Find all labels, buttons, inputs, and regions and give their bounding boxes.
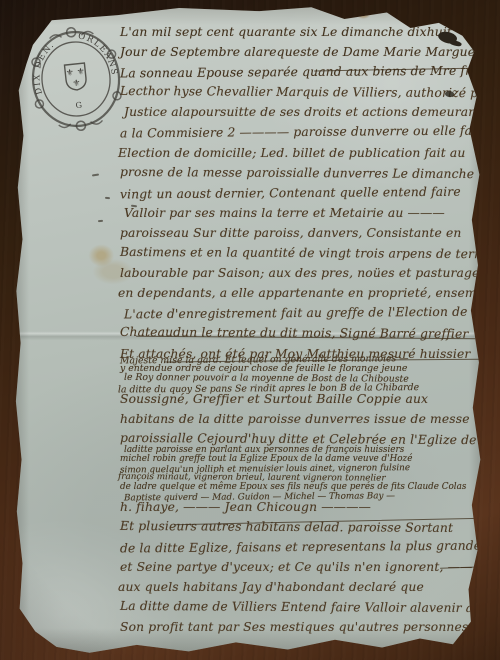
manuscript-line: Chateaudun le trente du dit mois, Signé … [120,322,478,344]
ink-speck [92,174,99,177]
manuscript-line: La ditte dame de Villiers Entend faire V… [120,596,478,618]
manuscript-line: paroisseau Sur ditte paroiss, danvers, C… [120,223,478,243]
manuscript-line: habitans de la ditte paroisse dunverres … [120,409,478,429]
manuscript-line: labourable par Saison; aux des pres, noü… [120,263,478,283]
manuscript-line: aux quels habitans Jay d'habondant decla… [118,577,478,597]
manuscript-line: Jour de Septembre alarequeste de Dame Ma… [120,42,478,62]
manuscript-line: a la Commisiere 2 ———— paroisse dunverre… [120,121,478,144]
manuscript-line: Valloir par ses mains la terre et Metair… [124,203,478,223]
manuscript-line: de la ditte Eglize, faisans et represent… [120,536,478,559]
tax-stamp: DIX DEN. ORLEANS ⚜ ⚜ ⚜ G [23,21,130,136]
manuscript-line: Justice alapoursuitte de ses droits et a… [124,102,478,122]
photo-of-manuscript: { "document": { "kind": "handwritten man… [0,0,500,660]
manuscript-line: Lecthor hyse Chevallier Marquis de Villi… [120,81,478,103]
manuscript-line: Son profit tant par Ses mestiques qu'aut… [120,617,478,637]
manuscript-line: en dependants, a elle appartenante en pr… [118,283,478,303]
manuscript-text-block: L'an mil sept cent quarante six Le diman… [120,22,478,638]
manuscript-line: et Seine partye d'yceux; et Ce qu'ils n'… [120,557,478,577]
ink-speck [105,197,110,199]
ink-speck [98,220,103,222]
fleur-de-lis-icon: ⚜ [72,79,81,90]
manuscript-line: vingt un aoust dernier, Contenant quelle… [120,181,478,204]
stamp-bottom-letter: G [75,101,82,111]
manuscript-line: prosne de la messe paroissialle dunverre… [120,162,478,184]
manuscript-line: Bastimens et en la quantité de vingt tro… [120,242,478,264]
manuscript-line: Election de domicille; Led. billet de pu… [118,143,478,163]
fleur-de-lis-icon: ⚜ ⚜ [65,67,85,79]
manuscript-line: paroissialle Cejourd'huy ditte et Celebr… [120,428,478,450]
manuscript-paper: DIX DEN. ORLEANS ⚜ ⚜ ⚜ G L'an mil sept c… [14,6,486,654]
